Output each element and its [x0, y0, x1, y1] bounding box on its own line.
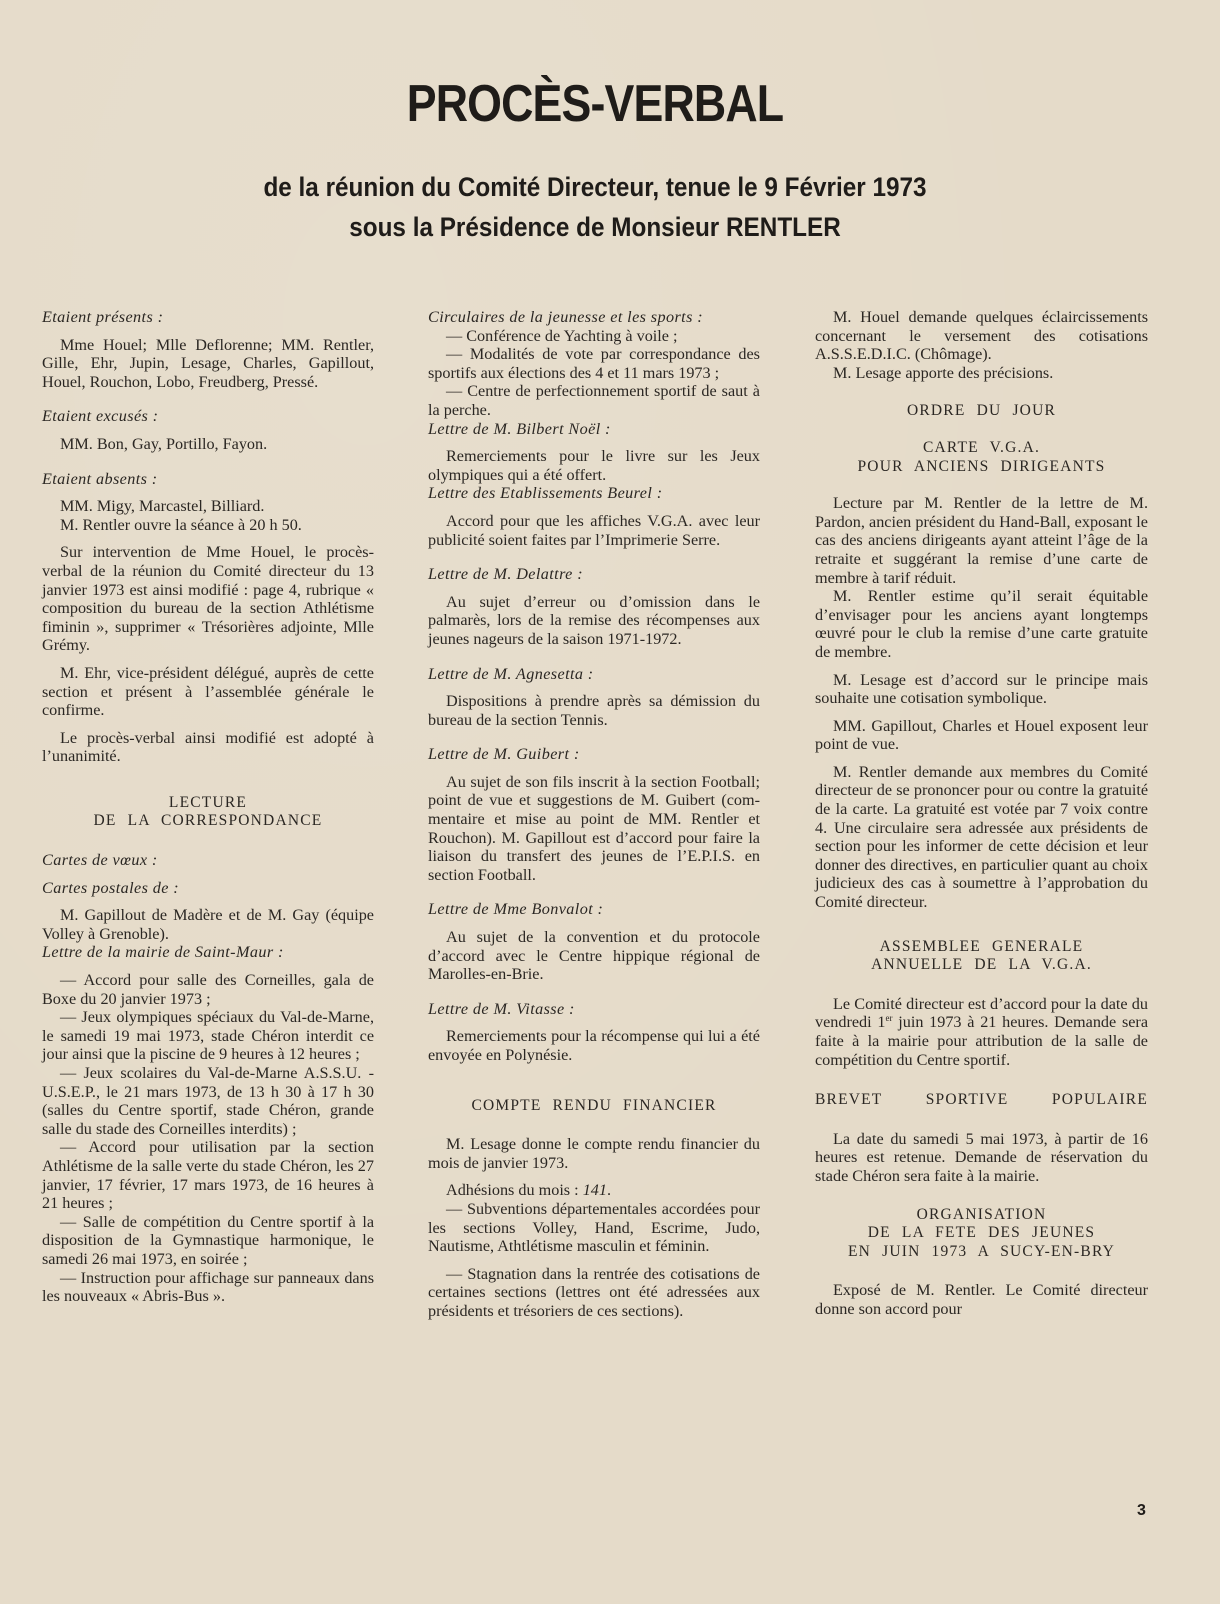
letter-label: Lettre de M. Bilbert Noël : — [428, 420, 760, 439]
section-heading-correspondance-2: DE LA CORRESPONDANCE — [42, 812, 374, 831]
assemblee-heading-line1: ASSEMBLEE GENERALE — [815, 938, 1148, 957]
finance-item: — Stagnation dans la rentrée des cotisat… — [428, 1265, 760, 1321]
mairie-item: — Instruction pour affichage sur panneau… — [42, 1269, 374, 1306]
brevet-heading: BREVET SPORTIVE POPULAIRE — [815, 1091, 1148, 1110]
fete-heading-line3: EN JUIN 1973 A SUCY-EN-BRY — [815, 1243, 1148, 1262]
adhesions-label: Adhésions du mois : — [446, 1181, 579, 1199]
carte-paragraph: M. Rentler estime qu’il serait équitable… — [815, 587, 1148, 661]
mairie-item: — Accord pour salle des Corneil­les, gal… — [42, 971, 374, 1008]
letter-text: Au sujet de son fils inscrit à la sectio… — [428, 773, 760, 885]
mairie-item: — Salle de compétition du Centre sportif… — [42, 1213, 374, 1269]
assemblee-heading-line2: ANNUELLE DE LA V.G.A. — [815, 956, 1148, 975]
carte-paragraph: M. Rentler demande aux membres du Comité… — [815, 763, 1148, 912]
mairie-item: — Jeux olympiques spéciaux du Val-de-Mar… — [42, 1008, 374, 1064]
cartes-voeux-label: Cartes de vœux : — [42, 851, 374, 870]
letter-text: Accord pour que les affiches V.G.A. avec… — [428, 512, 760, 549]
absents-text: MM. Migy, Marcastel, Billiard. — [42, 497, 374, 516]
letter-text: Dispositions à prendre après sa démissio… — [428, 692, 760, 729]
adoption-text: Le procès-verbal ainsi modifié est adopt… — [42, 729, 374, 766]
letter-label: Lettre de M. Guibert : — [428, 745, 760, 764]
carte-paragraph: MM. Gapillout, Charles et Houel exposent… — [815, 717, 1148, 754]
mairie-item: — Accord pour utilisation par la section… — [42, 1138, 374, 1212]
excuses-label: Etaient excusés : — [42, 407, 374, 426]
carte-paragraph: Lecture par M. Rentler de la let­tre de … — [815, 494, 1148, 587]
carte-heading-line2: POUR ANCIENS DIRIGEANTS — [815, 458, 1148, 477]
circulaire-item: — Conférence de Yachting à voile ; — [428, 327, 760, 346]
presents-text: Mme Houel; Mlle Deflorenne; MM. Rentler,… — [42, 336, 374, 392]
cartes-postales-label: Cartes postales de : — [42, 879, 374, 898]
page-number: 3 — [1137, 1502, 1146, 1520]
carte-heading-line1: CARTE V.G.A. — [815, 439, 1148, 458]
mairie-label: Lettre de la mairie de Saint-Maur : — [42, 943, 374, 962]
opening-text: M. Rentler ouvre la séance à 20 h 50. — [42, 516, 374, 535]
letter-label: Lettre des Etablissements Beurel : — [428, 484, 760, 503]
page-subtitle-line1: de la réunion du Comité Directeur, tenue… — [60, 172, 1131, 203]
brevet-text: La date du samedi 5 mai 1973, à partir d… — [815, 1130, 1148, 1186]
houel-request: M. Houel demande quelques éclair­cisseme… — [815, 308, 1148, 364]
letter-text: Au sujet d’erreur ou d’omission dans le … — [428, 593, 760, 649]
letter-label: Lettre de M. Agnesetta : — [428, 665, 760, 684]
fete-heading-line1: ORGANISATION — [815, 1206, 1148, 1225]
finance-item: — Subventions départementales ac­cordées… — [428, 1200, 760, 1256]
circulaire-item: — Centre de perfectionnement sportif de … — [428, 382, 760, 419]
document-page: PROCÈS-VERBAL de la réunion du Comité Di… — [0, 0, 1220, 1604]
cartes-postales-text: M. Gapillout de Madère et de M. Gay (équ… — [42, 906, 374, 943]
fete-text: Exposé de M. Rentler. Le Comité directeu… — [815, 1281, 1148, 1318]
section-heading-correspondance-1: LECTURE — [42, 794, 374, 813]
finance-intro: M. Lesage donne le compte rendu financie… — [428, 1135, 760, 1172]
adhesions-value: 141 — [583, 1181, 607, 1199]
column-2: Circulaires de la jeunesse et les sports… — [428, 308, 760, 1321]
presents-label: Etaient présents : — [42, 308, 374, 327]
mairie-item: — Jeux scolaires du Val-de-Marne A.S.S.U… — [42, 1064, 374, 1138]
column-1: Etaient présents : Mme Houel; Mlle Deflo… — [42, 308, 374, 1306]
letter-text: Au sujet de la convention et du protocol… — [428, 928, 760, 984]
letter-label: Lettre de M. Vitasse : — [428, 1000, 760, 1019]
letter-label: Lettre de M. Delattre : — [428, 565, 760, 584]
column-3: M. Houel demande quelques éclair­cisseme… — [815, 308, 1148, 1319]
finance-heading: COMPTE RENDU FINANCIER — [428, 1097, 760, 1116]
agenda-heading: ORDRE DU JOUR — [815, 402, 1148, 421]
assemblee-text: Le Comité directeur est d’accord pour la… — [815, 995, 1148, 1069]
absents-label: Etaient absents : — [42, 470, 374, 489]
confirmation-text: M. Ehr, vice-président délégué, auprès d… — [42, 664, 374, 720]
lesage-response: M. Lesage apporte des précisions. — [815, 364, 1148, 383]
circulaire-item: — Modalités de vote par corres­pondance … — [428, 345, 760, 382]
intervention-text: Sur intervention de Mme Houel, le procès… — [42, 543, 374, 655]
letter-label: Lettre de Mme Bonvalot : — [428, 900, 760, 919]
excuses-text: MM. Bon, Gay, Portillo, Fayon. — [42, 435, 374, 454]
page-subtitle-line2: sous la Présidence de Monsieur RENTLER — [60, 212, 1131, 243]
letter-text: Remerciements pour la récompense qui lui… — [428, 1027, 760, 1064]
fete-heading-line2: DE LA FETE DES JEUNES — [815, 1224, 1148, 1243]
carte-paragraph: M. Lesage est d’accord sur le prin­cipe … — [815, 671, 1148, 708]
letter-text: Remerciements pour le livre sur les Jeux… — [428, 447, 760, 484]
circulaires-label: Circulaires de la jeunesse et les sports… — [428, 308, 760, 327]
page-title: PROCÈS-VERBAL — [83, 74, 1106, 134]
adhesions-line: Adhésions du mois : 141. — [428, 1181, 760, 1200]
